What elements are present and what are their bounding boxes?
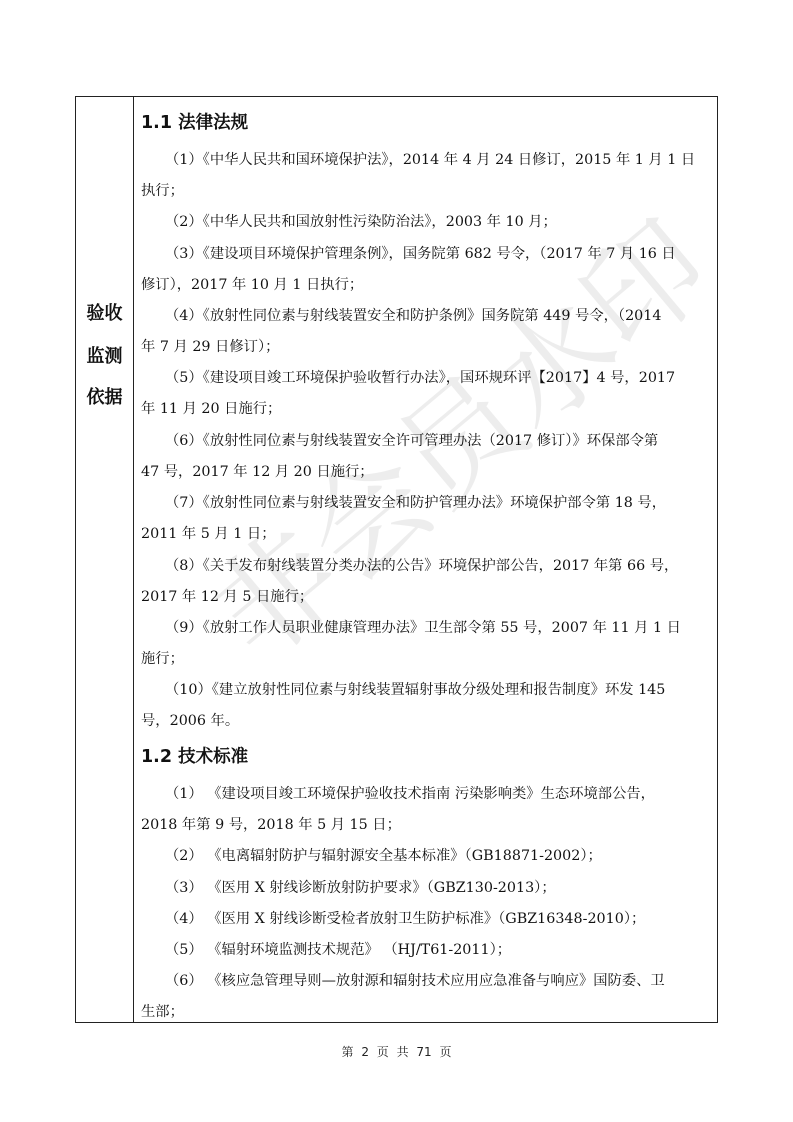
column-divider (133, 97, 134, 1022)
standard-line: （5） 《辐射环境监测技术规范》 （HJ/T61-2011）； (165, 939, 511, 959)
law-line: 年 7 月 29 日修订）； (141, 336, 279, 356)
law-line: 年 11 月 20 日施行； (141, 398, 281, 418)
section-heading-standards: 1.2 技术标准 (141, 743, 248, 768)
basis-table: 验收 监测 依据 1.1 法律法规 （1）《中华人民共和国环境保护法》，2014… (75, 96, 718, 1023)
section-heading-laws: 1.1 法律法规 (141, 109, 248, 134)
law-line: （7）《放射性同位素与射线装置安全和防护管理办法》环境保护部令第 18 号， (165, 492, 666, 512)
standard-line: 2018 年第 9 号，2018 年 5 月 15 日； (141, 814, 401, 834)
row-label-line-1: 验收 (76, 299, 133, 325)
law-line: （8）《关于发布射线装置分类办法的公告》环境保护部公告，2017 年第 66 号… (165, 555, 678, 575)
standard-line: （2） 《电离辐射防护与辐射源安全基本标准》（GB18871-2002）； (165, 845, 602, 865)
page-number-footer: 第 2 页 共 71 页 (0, 1043, 793, 1060)
law-line: 号，2006 年。 (141, 710, 239, 730)
law-line: （5）《建设项目竣工环境保护验收暂行办法》，国环规环评【2017】4 号，201… (165, 367, 675, 387)
law-line: 修订），2017 年 10 月 1 日执行； (141, 274, 363, 294)
law-line: （1）《中华人民共和国环境保护法》，2014 年 4 月 24 日修订，2015… (165, 149, 695, 169)
law-line: 施行； (141, 648, 184, 668)
row-label-line-2: 监测 (76, 342, 133, 368)
law-line: 2017 年 12 月 5 日施行； (141, 586, 313, 606)
law-line: （9）《放射工作人员职业健康管理办法》卫生部令第 55 号，2007 年 11 … (165, 617, 681, 637)
law-line: 2011 年 5 月 1 日； (141, 523, 276, 543)
standard-line: （3） 《医用 X 射线诊断放射防护要求》（GBZ130-2013）； (165, 877, 556, 897)
standard-line: （6） 《核应急管理导则—放射源和辐射技术应用应急准备与响应》国防委、卫 (165, 970, 665, 990)
standard-line: （1） 《建设项目竣工环境保护验收技术指南 污染影响类》生态环境部公告， (165, 783, 655, 803)
law-line: （2）《中华人民共和国放射性污染防治法》，2003 年 10 月； (165, 211, 557, 231)
standard-line: （4） 《医用 X 射线诊断受检者放射卫生防护标准》（GBZ16348-2010… (165, 908, 645, 928)
law-line: （10）《建立放射性同位素与射线装置辐射事故分级处理和报告制度》环发 145 (165, 679, 665, 699)
standard-line: 生部； (141, 1001, 184, 1021)
law-line: （6）《放射性同位素与射线装置安全许可管理办法（2017 修订）》环保部令第 (165, 430, 658, 450)
row-label-line-3: 依据 (76, 383, 133, 409)
law-line: （3）《建设项目环境保护管理条例》，国务院第 682 号令，（2017 年 7 … (165, 243, 676, 263)
law-line: 47 号，2017 年 12 月 20 日施行； (141, 461, 374, 481)
law-line: （4）《放射性同位素与射线装置安全和防护条例》国务院第 449 号令，（2014 (165, 305, 661, 325)
row-label-cell: 验收 监测 依据 (76, 97, 133, 1022)
law-line: 执行； (141, 180, 184, 200)
